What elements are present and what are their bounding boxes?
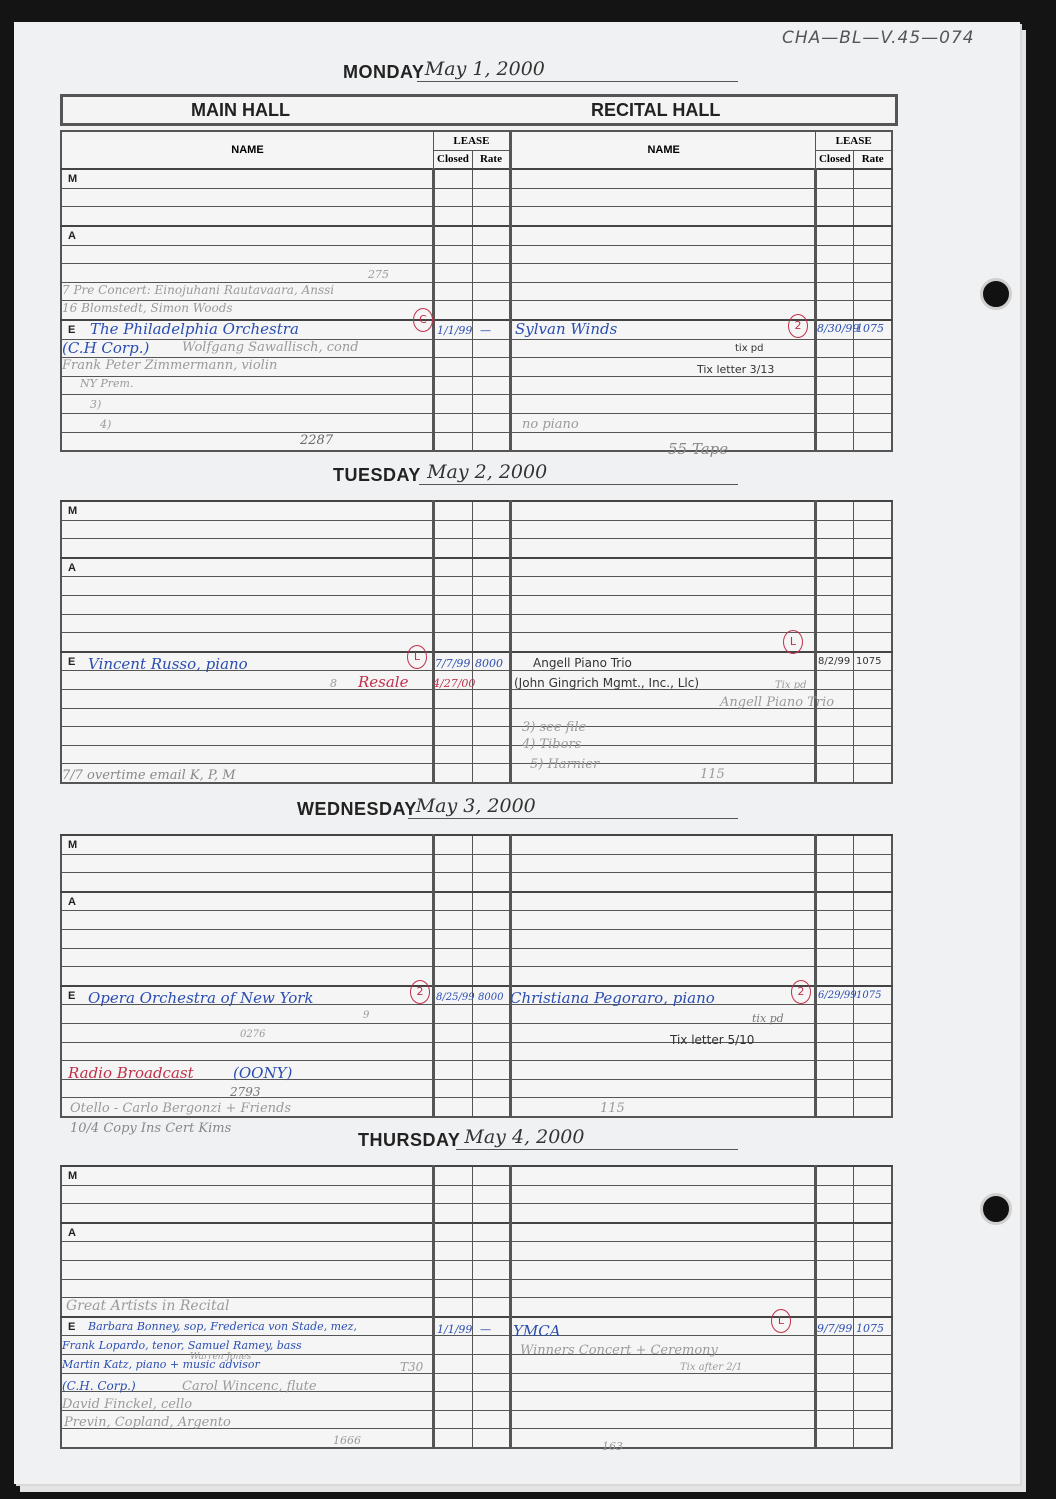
recital-rate-cell[interactable]	[854, 226, 892, 245]
main-rate-cell[interactable]	[472, 1392, 510, 1411]
recital-closed-cell[interactable]	[816, 1042, 854, 1061]
recital-rate-cell[interactable]	[854, 614, 892, 633]
main-rate-cell[interactable]	[472, 1042, 510, 1061]
main-rate-cell[interactable]	[472, 835, 510, 854]
recital-rate-cell[interactable]	[854, 432, 892, 451]
main-rate-cell[interactable]	[472, 1410, 510, 1429]
recital-rate-cell[interactable]	[854, 892, 892, 911]
recital-rate-cell[interactable]	[854, 835, 892, 854]
recital-closed-cell[interactable]	[816, 1061, 854, 1080]
main-closed-cell[interactable]	[433, 1279, 472, 1298]
main-closed-cell[interactable]	[433, 539, 472, 558]
recital-closed-cell[interactable]	[816, 226, 854, 245]
recital-closed-cell[interactable]	[816, 520, 854, 539]
recital-name-cell[interactable]	[511, 432, 816, 451]
main-closed-cell[interactable]	[433, 745, 472, 764]
recital-rate-cell[interactable]	[854, 727, 892, 746]
recital-name-cell[interactable]	[511, 301, 816, 320]
recital-rate-cell[interactable]	[854, 1260, 892, 1279]
main-name-cell[interactable]	[61, 539, 433, 558]
recital-closed-cell[interactable]	[816, 614, 854, 633]
recital-closed-cell[interactable]	[816, 1079, 854, 1098]
main-rate-cell[interactable]	[472, 689, 510, 708]
recital-name-cell[interactable]	[511, 501, 816, 520]
recital-closed-cell[interactable]	[816, 1005, 854, 1024]
recital-rate-cell[interactable]	[854, 1392, 892, 1411]
main-rate-cell[interactable]	[472, 1242, 510, 1261]
main-rate-cell[interactable]	[472, 1429, 510, 1448]
main-closed-cell[interactable]	[433, 169, 472, 188]
main-closed-cell[interactable]	[433, 358, 472, 377]
main-closed-cell[interactable]	[433, 1260, 472, 1279]
main-closed-cell[interactable]	[433, 1223, 472, 1242]
main-rate-cell[interactable]	[472, 207, 510, 226]
main-closed-cell[interactable]	[433, 432, 472, 451]
main-name-cell[interactable]	[61, 1042, 433, 1061]
recital-rate-cell[interactable]	[854, 501, 892, 520]
main-closed-cell[interactable]	[433, 1354, 472, 1373]
main-closed-cell[interactable]	[433, 1079, 472, 1098]
main-rate-cell[interactable]	[472, 358, 510, 377]
main-rate-cell[interactable]	[472, 873, 510, 892]
main-closed-cell[interactable]	[433, 595, 472, 614]
main-rate-cell[interactable]	[472, 539, 510, 558]
recital-rate-cell[interactable]	[854, 745, 892, 764]
recital-name-cell[interactable]	[511, 873, 816, 892]
main-closed-cell[interactable]	[433, 301, 472, 320]
main-name-cell[interactable]	[61, 745, 433, 764]
recital-name-cell[interactable]	[511, 1410, 816, 1429]
main-closed-cell[interactable]	[433, 520, 472, 539]
main-rate-cell[interactable]	[472, 633, 510, 652]
recital-name-cell[interactable]	[511, 1223, 816, 1242]
recital-rate-cell[interactable]	[854, 633, 892, 652]
main-closed-cell[interactable]	[433, 413, 472, 432]
main-name-cell[interactable]	[61, 727, 433, 746]
main-closed-cell[interactable]	[433, 1185, 472, 1204]
recital-closed-cell[interactable]	[816, 207, 854, 226]
recital-rate-cell[interactable]	[854, 1079, 892, 1098]
main-name-cell[interactable]	[61, 1204, 433, 1223]
recital-closed-cell[interactable]	[816, 633, 854, 652]
main-closed-cell[interactable]	[433, 614, 472, 633]
recital-name-cell[interactable]	[511, 1098, 816, 1117]
recital-rate-cell[interactable]	[854, 169, 892, 188]
recital-closed-cell[interactable]	[816, 948, 854, 967]
recital-closed-cell[interactable]	[816, 595, 854, 614]
main-name-cell[interactable]	[61, 1260, 433, 1279]
recital-rate-cell[interactable]	[854, 929, 892, 948]
recital-rate-cell[interactable]	[854, 854, 892, 873]
recital-name-cell[interactable]	[511, 376, 816, 395]
main-closed-cell[interactable]	[433, 764, 472, 783]
main-rate-cell[interactable]	[472, 1298, 510, 1317]
main-name-cell[interactable]	[61, 911, 433, 930]
main-closed-cell[interactable]	[433, 1042, 472, 1061]
main-name-cell[interactable]: M	[61, 1166, 433, 1185]
recital-closed-cell[interactable]	[816, 1410, 854, 1429]
main-closed-cell[interactable]	[433, 577, 472, 596]
main-name-cell[interactable]	[61, 207, 433, 226]
recital-closed-cell[interactable]	[816, 967, 854, 986]
recital-rate-cell[interactable]	[854, 1185, 892, 1204]
main-rate-cell[interactable]	[472, 764, 510, 783]
main-rate-cell[interactable]	[472, 226, 510, 245]
recital-rate-cell[interactable]	[854, 671, 892, 690]
main-closed-cell[interactable]	[433, 1392, 472, 1411]
main-rate-cell[interactable]	[472, 1098, 510, 1117]
recital-closed-cell[interactable]	[816, 1373, 854, 1392]
main-name-cell[interactable]: A	[61, 892, 433, 911]
main-rate-cell[interactable]	[472, 320, 510, 339]
main-rate-cell[interactable]	[472, 282, 510, 301]
main-closed-cell[interactable]	[433, 873, 472, 892]
main-rate-cell[interactable]	[472, 169, 510, 188]
recital-rate-cell[interactable]	[854, 689, 892, 708]
main-rate-cell[interactable]	[472, 264, 510, 283]
recital-name-cell[interactable]	[511, 1061, 816, 1080]
main-name-cell[interactable]: M	[61, 169, 433, 188]
recital-rate-cell[interactable]	[854, 1204, 892, 1223]
main-name-cell[interactable]: A	[61, 1223, 433, 1242]
main-closed-cell[interactable]	[433, 1005, 472, 1024]
main-rate-cell[interactable]	[472, 520, 510, 539]
recital-closed-cell[interactable]	[816, 708, 854, 727]
recital-rate-cell[interactable]	[854, 595, 892, 614]
recital-name-cell[interactable]	[511, 1023, 816, 1042]
main-rate-cell[interactable]	[472, 1185, 510, 1204]
main-rate-cell[interactable]	[472, 245, 510, 264]
main-closed-cell[interactable]	[433, 376, 472, 395]
main-name-cell[interactable]	[61, 520, 433, 539]
main-closed-cell[interactable]	[433, 264, 472, 283]
main-rate-cell[interactable]	[472, 1061, 510, 1080]
recital-name-cell[interactable]	[511, 1185, 816, 1204]
recital-closed-cell[interactable]	[816, 1023, 854, 1042]
recital-closed-cell[interactable]	[816, 1392, 854, 1411]
main-closed-cell[interactable]	[433, 558, 472, 577]
main-name-cell[interactable]	[61, 1279, 433, 1298]
recital-closed-cell[interactable]	[816, 188, 854, 207]
recital-name-cell[interactable]	[511, 1042, 816, 1061]
recital-closed-cell[interactable]	[816, 745, 854, 764]
main-rate-cell[interactable]	[472, 1079, 510, 1098]
recital-rate-cell[interactable]	[854, 1354, 892, 1373]
recital-name-cell[interactable]	[511, 1166, 816, 1185]
main-name-cell[interactable]	[61, 577, 433, 596]
main-closed-cell[interactable]	[433, 1023, 472, 1042]
recital-name-cell[interactable]	[511, 1260, 816, 1279]
main-rate-cell[interactable]	[472, 1023, 510, 1042]
recital-closed-cell[interactable]	[816, 854, 854, 873]
main-name-cell[interactable]	[61, 1185, 433, 1204]
recital-closed-cell[interactable]	[816, 169, 854, 188]
main-name-cell[interactable]	[61, 708, 433, 727]
main-rate-cell[interactable]	[472, 1279, 510, 1298]
recital-rate-cell[interactable]	[854, 1336, 892, 1355]
main-closed-cell[interactable]	[433, 501, 472, 520]
main-closed-cell[interactable]	[433, 226, 472, 245]
main-rate-cell[interactable]	[472, 188, 510, 207]
main-closed-cell[interactable]	[433, 892, 472, 911]
main-closed-cell[interactable]	[433, 854, 472, 873]
recital-closed-cell[interactable]	[816, 892, 854, 911]
recital-closed-cell[interactable]	[816, 1279, 854, 1298]
recital-name-cell[interactable]	[511, 948, 816, 967]
recital-rate-cell[interactable]	[854, 1061, 892, 1080]
recital-name-cell[interactable]	[511, 1279, 816, 1298]
recital-name-cell[interactable]	[511, 967, 816, 986]
recital-closed-cell[interactable]	[816, 929, 854, 948]
main-closed-cell[interactable]	[433, 967, 472, 986]
main-name-cell[interactable]	[61, 1429, 433, 1448]
recital-name-cell[interactable]	[511, 282, 816, 301]
recital-closed-cell[interactable]	[816, 539, 854, 558]
main-name-cell[interactable]	[61, 929, 433, 948]
main-rate-cell[interactable]	[472, 1317, 510, 1336]
recital-name-cell[interactable]	[511, 245, 816, 264]
main-name-cell[interactable]: M	[61, 501, 433, 520]
recital-rate-cell[interactable]	[854, 1279, 892, 1298]
main-rate-cell[interactable]	[472, 929, 510, 948]
recital-rate-cell[interactable]	[854, 967, 892, 986]
recital-closed-cell[interactable]	[816, 264, 854, 283]
recital-closed-cell[interactable]	[816, 413, 854, 432]
main-closed-cell[interactable]	[433, 1242, 472, 1261]
recital-rate-cell[interactable]	[854, 188, 892, 207]
main-rate-cell[interactable]	[472, 395, 510, 414]
recital-closed-cell[interactable]	[816, 245, 854, 264]
main-name-cell[interactable]: A	[61, 558, 433, 577]
recital-rate-cell[interactable]	[854, 539, 892, 558]
main-rate-cell[interactable]	[472, 558, 510, 577]
recital-name-cell[interactable]	[511, 264, 816, 283]
recital-rate-cell[interactable]	[854, 764, 892, 783]
recital-rate-cell[interactable]	[854, 301, 892, 320]
main-rate-cell[interactable]	[472, 1223, 510, 1242]
recital-closed-cell[interactable]	[816, 727, 854, 746]
recital-rate-cell[interactable]	[854, 1166, 892, 1185]
main-name-cell[interactable]	[61, 1242, 433, 1261]
main-rate-cell[interactable]	[472, 1166, 510, 1185]
main-closed-cell[interactable]	[433, 1061, 472, 1080]
main-name-cell[interactable]	[61, 633, 433, 652]
recital-rate-cell[interactable]	[854, 245, 892, 264]
main-closed-cell[interactable]	[433, 1373, 472, 1392]
main-rate-cell[interactable]	[472, 911, 510, 930]
recital-closed-cell[interactable]	[816, 764, 854, 783]
recital-rate-cell[interactable]	[854, 708, 892, 727]
recital-closed-cell[interactable]	[816, 1242, 854, 1261]
main-name-cell[interactable]	[61, 967, 433, 986]
recital-name-cell[interactable]	[511, 892, 816, 911]
recital-name-cell[interactable]	[511, 854, 816, 873]
main-rate-cell[interactable]	[472, 339, 510, 358]
main-closed-cell[interactable]	[433, 1166, 472, 1185]
recital-name-cell[interactable]	[511, 539, 816, 558]
recital-name-cell[interactable]	[511, 1204, 816, 1223]
recital-name-cell[interactable]	[511, 633, 816, 652]
recital-name-cell[interactable]	[511, 1298, 816, 1317]
main-rate-cell[interactable]	[472, 967, 510, 986]
recital-rate-cell[interactable]	[854, 1298, 892, 1317]
main-rate-cell[interactable]	[472, 671, 510, 690]
recital-rate-cell[interactable]	[854, 558, 892, 577]
main-closed-cell[interactable]	[433, 835, 472, 854]
main-name-cell[interactable]	[61, 395, 433, 414]
recital-name-cell[interactable]	[511, 395, 816, 414]
main-rate-cell[interactable]	[472, 745, 510, 764]
recital-rate-cell[interactable]	[854, 376, 892, 395]
main-name-cell[interactable]	[61, 595, 433, 614]
recital-name-cell[interactable]	[511, 1373, 816, 1392]
recital-closed-cell[interactable]	[816, 395, 854, 414]
main-name-cell[interactable]	[61, 1005, 433, 1024]
recital-name-cell[interactable]	[511, 911, 816, 930]
recital-closed-cell[interactable]	[816, 1354, 854, 1373]
recital-rate-cell[interactable]	[854, 282, 892, 301]
recital-rate-cell[interactable]	[854, 1005, 892, 1024]
main-rate-cell[interactable]	[472, 727, 510, 746]
main-closed-cell[interactable]	[433, 245, 472, 264]
recital-name-cell[interactable]	[511, 339, 816, 358]
recital-rate-cell[interactable]	[854, 1042, 892, 1061]
main-name-cell[interactable]	[61, 689, 433, 708]
main-rate-cell[interactable]	[472, 708, 510, 727]
recital-rate-cell[interactable]	[854, 1023, 892, 1042]
recital-name-cell[interactable]	[511, 595, 816, 614]
main-rate-cell[interactable]	[472, 1005, 510, 1024]
main-rate-cell[interactable]	[472, 577, 510, 596]
recital-closed-cell[interactable]	[816, 339, 854, 358]
recital-rate-cell[interactable]	[854, 1098, 892, 1117]
recital-name-cell[interactable]	[511, 835, 816, 854]
recital-closed-cell[interactable]	[816, 282, 854, 301]
main-rate-cell[interactable]	[472, 1260, 510, 1279]
main-name-cell[interactable]	[61, 413, 433, 432]
recital-closed-cell[interactable]	[816, 1223, 854, 1242]
main-rate-cell[interactable]	[472, 614, 510, 633]
recital-rate-cell[interactable]	[854, 358, 892, 377]
recital-name-cell[interactable]	[511, 226, 816, 245]
recital-closed-cell[interactable]	[816, 1204, 854, 1223]
main-closed-cell[interactable]	[433, 911, 472, 930]
recital-closed-cell[interactable]	[816, 671, 854, 690]
recital-closed-cell[interactable]	[816, 911, 854, 930]
main-name-cell[interactable]: A	[61, 226, 433, 245]
main-closed-cell[interactable]	[433, 1098, 472, 1117]
recital-name-cell[interactable]	[511, 1242, 816, 1261]
recital-closed-cell[interactable]	[816, 1185, 854, 1204]
recital-closed-cell[interactable]	[816, 558, 854, 577]
recital-name-cell[interactable]	[511, 207, 816, 226]
recital-closed-cell[interactable]	[816, 835, 854, 854]
recital-name-cell[interactable]	[511, 577, 816, 596]
main-rate-cell[interactable]	[472, 854, 510, 873]
recital-rate-cell[interactable]	[854, 911, 892, 930]
recital-name-cell[interactable]	[511, 1392, 816, 1411]
main-closed-cell[interactable]	[433, 1298, 472, 1317]
main-rate-cell[interactable]	[472, 376, 510, 395]
main-name-cell[interactable]	[61, 854, 433, 873]
main-rate-cell[interactable]	[472, 501, 510, 520]
main-closed-cell[interactable]	[433, 1204, 472, 1223]
recital-rate-cell[interactable]	[854, 1242, 892, 1261]
main-rate-cell[interactable]	[472, 892, 510, 911]
main-closed-cell[interactable]	[433, 207, 472, 226]
recital-name-cell[interactable]	[511, 1429, 816, 1448]
recital-closed-cell[interactable]	[816, 1098, 854, 1117]
recital-closed-cell[interactable]	[816, 1429, 854, 1448]
main-closed-cell[interactable]	[433, 633, 472, 652]
recital-name-cell[interactable]	[511, 1079, 816, 1098]
main-closed-cell[interactable]	[433, 689, 472, 708]
main-rate-cell[interactable]	[472, 413, 510, 432]
recital-rate-cell[interactable]	[854, 577, 892, 596]
recital-closed-cell[interactable]	[816, 432, 854, 451]
main-closed-cell[interactable]	[433, 395, 472, 414]
recital-rate-cell[interactable]	[854, 207, 892, 226]
recital-name-cell[interactable]	[511, 558, 816, 577]
main-closed-cell[interactable]	[433, 188, 472, 207]
main-rate-cell[interactable]	[472, 432, 510, 451]
recital-rate-cell[interactable]	[854, 264, 892, 283]
main-closed-cell[interactable]	[433, 1410, 472, 1429]
main-closed-cell[interactable]	[433, 282, 472, 301]
recital-rate-cell[interactable]	[854, 1373, 892, 1392]
main-name-cell[interactable]	[61, 873, 433, 892]
recital-rate-cell[interactable]	[854, 395, 892, 414]
main-rate-cell[interactable]	[472, 595, 510, 614]
recital-closed-cell[interactable]	[816, 358, 854, 377]
main-name-cell[interactable]	[61, 245, 433, 264]
recital-closed-cell[interactable]	[816, 577, 854, 596]
recital-rate-cell[interactable]	[854, 1223, 892, 1242]
main-closed-cell[interactable]	[433, 1429, 472, 1448]
recital-closed-cell[interactable]	[816, 501, 854, 520]
main-rate-cell[interactable]	[472, 1204, 510, 1223]
main-closed-cell[interactable]	[433, 948, 472, 967]
recital-closed-cell[interactable]	[816, 1260, 854, 1279]
main-name-cell[interactable]	[61, 948, 433, 967]
recital-rate-cell[interactable]	[854, 1410, 892, 1429]
recital-name-cell[interactable]	[511, 520, 816, 539]
recital-closed-cell[interactable]	[816, 873, 854, 892]
recital-name-cell[interactable]	[511, 188, 816, 207]
recital-name-cell[interactable]	[511, 169, 816, 188]
recital-rate-cell[interactable]	[854, 520, 892, 539]
main-rate-cell[interactable]	[472, 1336, 510, 1355]
recital-rate-cell[interactable]	[854, 339, 892, 358]
recital-rate-cell[interactable]	[854, 413, 892, 432]
recital-rate-cell[interactable]	[854, 1429, 892, 1448]
main-name-cell[interactable]: M	[61, 835, 433, 854]
main-name-cell[interactable]	[61, 188, 433, 207]
recital-closed-cell[interactable]	[816, 1166, 854, 1185]
main-closed-cell[interactable]	[433, 339, 472, 358]
main-rate-cell[interactable]	[472, 1354, 510, 1373]
main-closed-cell[interactable]	[433, 1336, 472, 1355]
main-rate-cell[interactable]	[472, 948, 510, 967]
recital-rate-cell[interactable]	[854, 873, 892, 892]
recital-closed-cell[interactable]	[816, 301, 854, 320]
main-closed-cell[interactable]	[433, 929, 472, 948]
recital-name-cell[interactable]	[511, 614, 816, 633]
main-rate-cell[interactable]	[472, 1373, 510, 1392]
main-closed-cell[interactable]	[433, 708, 472, 727]
recital-closed-cell[interactable]	[816, 376, 854, 395]
recital-closed-cell[interactable]	[816, 1298, 854, 1317]
